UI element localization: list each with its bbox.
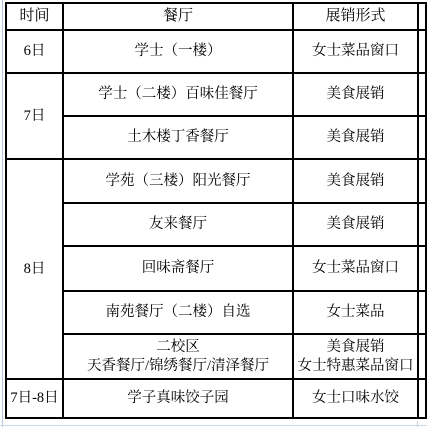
sheet-gridline-bottom [0,425,427,426]
format-cell: 美食展销 [294,204,419,247]
cell-text-line: 二校区 [64,338,292,357]
format-cell: 美食展销 [294,117,419,160]
cell-text-line: 友来餐厅 [64,215,292,234]
cell-text-line: 学苑（三楼）阳光餐厅 [64,172,292,191]
table-row: 8日 学苑（三楼）阳光餐厅 美食展销 [7,160,427,204]
grid-sliver-cell [419,117,427,160]
cell-text-line: 美食展销 [294,215,417,234]
cell-text-line: 美食展销 [294,338,417,357]
cell-text-line: 学子真味饺子园 [64,389,292,408]
cell-text-line: 天香餐厅/锦绣餐厅/清泽餐厅 [64,357,292,376]
cell-text-line: 美食展销 [294,85,417,104]
sheet-gridline-left [2,0,3,427]
grid-sliver-cell [419,74,427,117]
restaurant-cell: 学苑（三楼）阳光餐厅 [64,160,294,204]
table-row: 二校区 天香餐厅/锦绣餐厅/清泽餐厅 美食展销 女士特惠菜品窗口 [7,335,427,380]
sheet-gridline-stub [417,421,418,427]
restaurant-cell: 学子真味饺子园 [64,380,294,419]
table-header-row: 时间 餐厅 展销形式 [7,4,427,31]
grid-sliver-cell [419,335,427,380]
grid-sliver-cell [419,380,427,419]
time-cell: 7日 [7,74,64,160]
table-row: 南苑餐厅（二楼）自选 女士菜品 [7,292,427,335]
restaurant-cell: 南苑餐厅（二楼）自选 [64,292,294,335]
time-cell: 7日-8日 [7,380,64,419]
cell-text-line: 回味斋餐厅 [64,259,292,278]
grid-sliver-cell [419,204,427,247]
format-cell: 美食展销 [294,74,419,117]
table-row: 土木楼丁香餐厅 美食展销 [7,117,427,160]
cell-text-line: 土木楼丁香餐厅 [64,128,292,147]
cell-text-line: 女士菜品窗口 [294,42,417,61]
format-cell: 女士菜品 [294,292,419,335]
table-row: 7日 学士（二楼）百味佳餐厅 美食展销 [7,74,427,117]
restaurant-cell: 土木楼丁香餐厅 [64,117,294,160]
dining-promotion-schedule-table: 时间 餐厅 展销形式 6日 学士（一楼） 女士菜品窗口 7日 学士（二楼）百味佳… [5,2,427,419]
grid-sliver-cell [419,247,427,292]
format-cell: 女士菜品窗口 [294,247,419,292]
grid-sliver-cell [419,4,427,31]
cell-text-line: 女士特惠菜品窗口 [294,357,417,376]
header-time: 时间 [7,4,64,31]
table-row: 友来餐厅 美食展销 [7,204,427,247]
table-row: 6日 学士（一楼） 女士菜品窗口 [7,31,427,74]
format-cell: 女士菜品窗口 [294,31,419,74]
format-cell: 女士口味水饺 [294,380,419,419]
cell-text-line: 学士（二楼）百味佳餐厅 [64,85,292,104]
cell-text-line: 女士菜品窗口 [294,259,417,278]
format-cell: 美食展销 女士特惠菜品窗口 [294,335,419,380]
restaurant-cell: 学士（一楼） [64,31,294,74]
cell-text-line: 学士（一楼） [64,42,292,61]
time-cell: 8日 [7,160,64,380]
restaurant-cell: 学士（二楼）百味佳餐厅 [64,74,294,117]
header-restaurant: 餐厅 [64,4,294,31]
grid-sliver-cell [419,31,427,74]
cell-text-line: 美食展销 [294,172,417,191]
cell-text-line: 南苑餐厅（二楼）自选 [64,303,292,322]
time-cell: 6日 [7,31,64,74]
restaurant-cell: 二校区 天香餐厅/锦绣餐厅/清泽餐厅 [64,335,294,380]
cell-text-line: 美食展销 [294,128,417,147]
restaurant-cell: 友来餐厅 [64,204,294,247]
cell-text-line: 女士菜品 [294,303,417,322]
header-format: 展销形式 [294,4,419,31]
sheet-canvas: 时间 餐厅 展销形式 6日 学士（一楼） 女士菜品窗口 7日 学士（二楼）百味佳… [0,0,427,427]
format-cell: 美食展销 [294,160,419,204]
restaurant-cell: 回味斋餐厅 [64,247,294,292]
table-row: 7日-8日 学子真味饺子园 女士口味水饺 [7,380,427,419]
grid-sliver-cell [419,160,427,204]
grid-sliver-cell [419,292,427,335]
cell-text-line: 女士口味水饺 [294,389,417,408]
table-row: 回味斋餐厅 女士菜品窗口 [7,247,427,292]
